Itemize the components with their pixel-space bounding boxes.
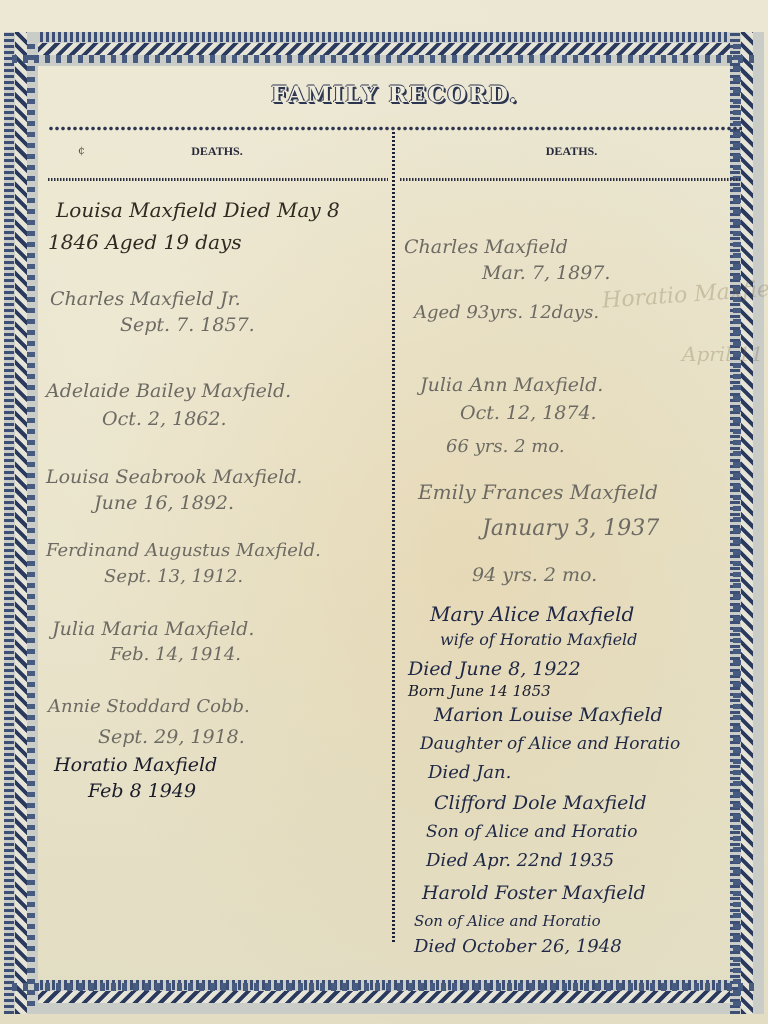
death-entry-line: Sept. 13, 1912. bbox=[104, 568, 243, 586]
border-fringe-bottom bbox=[12, 983, 756, 991]
record-page: FAMILY RECORD. ¢ DEATHS. DEATHS. Horatio… bbox=[42, 72, 748, 972]
death-entry-line: Harold Foster Maxfield bbox=[422, 884, 646, 903]
death-entry-line: Charles Maxfield Jr. bbox=[50, 290, 241, 309]
death-entry-line: Julia Ann Maxfield. bbox=[420, 376, 603, 395]
death-entry-line: wife of Horatio Maxfield bbox=[440, 632, 637, 648]
death-entry-line: Died Apr. 22nd 1935 bbox=[426, 852, 614, 870]
death-entry-line: Horatio Maxfield bbox=[54, 756, 217, 775]
death-entry-line: 94 yrs. 2 mo. bbox=[472, 566, 597, 585]
death-entry-line: Mary Alice Maxfield bbox=[430, 604, 634, 624]
header-rule-right bbox=[400, 178, 740, 181]
death-entry-line: Died June 8, 1922 bbox=[408, 660, 581, 679]
death-entry-line: Louisa Maxfield Died May 8 bbox=[56, 200, 340, 220]
death-entry-line: Daughter of Alice and Horatio bbox=[420, 736, 680, 753]
death-entry-line: Died Jan. bbox=[428, 764, 511, 782]
death-entry-line: Annie Stoddard Cobb. bbox=[48, 698, 250, 716]
death-entry-line: Born June 14 1853 bbox=[408, 684, 551, 699]
death-entry-line: Clifford Dole Maxfield bbox=[434, 794, 647, 813]
death-entry-line: Ferdinand Augustus Maxfield. bbox=[46, 542, 321, 560]
death-entry-line: Son of Alice and Horatio bbox=[426, 824, 638, 841]
title-rule bbox=[48, 126, 742, 131]
column-divider bbox=[392, 132, 395, 942]
death-entry-line: Oct. 12, 1874. bbox=[460, 404, 597, 423]
deaths-header-right: DEATHS. bbox=[395, 144, 748, 159]
death-entry-line: Charles Maxfield bbox=[404, 238, 568, 257]
death-entry-line: January 3, 1937 bbox=[482, 518, 659, 540]
bleed-through-text: April 11 bbox=[682, 342, 763, 366]
death-entry-line: Julia Maria Maxfield. bbox=[52, 620, 254, 639]
header-rule-left bbox=[48, 178, 388, 181]
border-fringe-left bbox=[27, 40, 35, 1006]
death-entry-line: Aged 93yrs. 12days. bbox=[414, 304, 599, 322]
death-entry-line: Mar. 7, 1897. bbox=[482, 264, 610, 283]
deaths-header-left: DEATHS. bbox=[42, 144, 392, 159]
death-entry-line: Died October 26, 1948 bbox=[414, 938, 622, 956]
death-entry-line: Emily Frances Maxfield bbox=[418, 482, 658, 502]
death-entry-line: 66 yrs. 2 mo. bbox=[446, 438, 565, 456]
death-entry-line: June 16, 1892. bbox=[94, 494, 234, 513]
death-entry-line: Oct. 2, 1862. bbox=[102, 410, 227, 429]
death-entry-line: Sept. 7. 1857. bbox=[120, 316, 255, 335]
death-entry-line: Adelaide Bailey Maxfield. bbox=[46, 382, 291, 401]
border-fringe-top bbox=[12, 55, 756, 63]
death-entry-line: 1846 Aged 19 days bbox=[48, 232, 242, 252]
death-entry-line: Son of Alice and Horatio bbox=[414, 914, 601, 929]
death-entry-line: Louisa Seabrook Maxfield. bbox=[46, 468, 302, 487]
death-entry-line: Sept. 29, 1918. bbox=[98, 728, 245, 747]
death-entry-line: Marion Louise Maxfield bbox=[434, 706, 663, 725]
page-title: FAMILY RECORD. bbox=[42, 82, 748, 108]
bleed-through-text: Horatio Maxfield bbox=[601, 275, 768, 313]
death-entry-line: Feb. 14, 1914. bbox=[110, 646, 241, 664]
death-entry-line: Feb 8 1949 bbox=[88, 782, 196, 801]
